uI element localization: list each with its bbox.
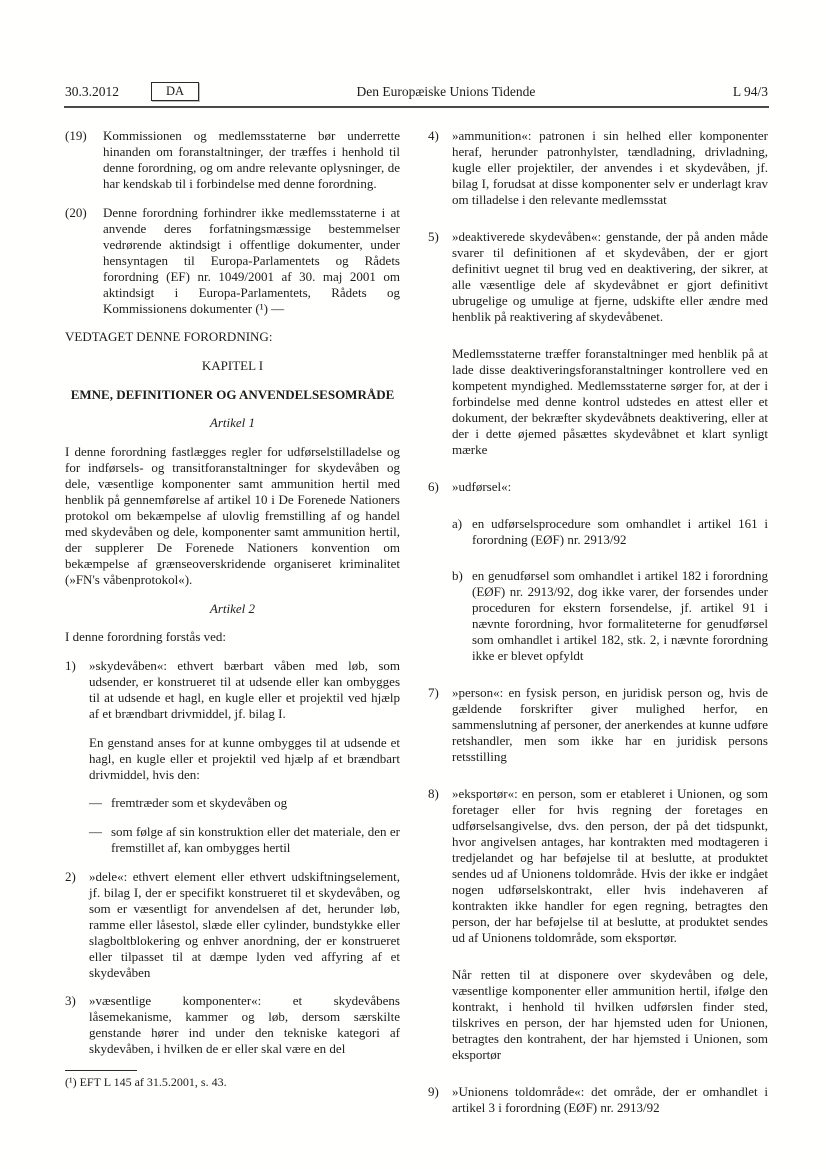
footnote-text: (¹) EFT L 145 af 31.5.2001, s. 43. xyxy=(65,1075,400,1090)
header-divider xyxy=(64,106,769,108)
footnote-divider xyxy=(65,1070,137,1071)
list-number: a) xyxy=(452,516,472,548)
list-text: »væsentlige komponenter«: et skydevåbens… xyxy=(89,993,400,1057)
list-number: 5) xyxy=(428,229,452,325)
list-text: fremtræder som et skydevåben og xyxy=(111,795,400,811)
definition-item: 6)»udførsel«: xyxy=(428,479,768,495)
page-reference: L 94/3 xyxy=(733,84,768,100)
body-paragraph: I denne forordning fastlægges regler for… xyxy=(65,444,400,588)
article-heading: Artikel 2 xyxy=(65,601,400,617)
list-number: b) xyxy=(452,568,472,664)
list-text: »skydevåben«: ethvert bærbart våben med … xyxy=(89,658,400,722)
item-continuation-paragraph: Medlemsstaterne træffer foranstaltninger… xyxy=(428,346,768,458)
definition-item: 9)»Unionens toldområde«: det område, der… xyxy=(428,1084,768,1116)
list-text: »udførsel«: xyxy=(452,479,768,495)
page-header: 30.3.2012 DA Den Europæiske Unions Tiden… xyxy=(65,82,768,101)
dash-list-item: —som følge af sin konstruktion eller det… xyxy=(65,824,400,856)
list-text: en udførselsprocedure som omhandlet i ar… xyxy=(472,516,768,548)
chapter-heading: KAPITEL I xyxy=(65,358,400,374)
list-number: 8) xyxy=(428,786,452,946)
list-number: 6) xyxy=(428,479,452,495)
list-number: 4) xyxy=(428,128,452,208)
list-text: »eksportør«: en person, som er etableret… xyxy=(452,786,768,946)
list-text: Denne forordning forhindrer ikke medlems… xyxy=(103,205,400,317)
list-text: Kommissionen og medlemsstaterne bør unde… xyxy=(103,128,400,192)
publication-date: 30.3.2012 xyxy=(65,84,119,100)
list-text: en genudførsel som omhandlet i artikel 1… xyxy=(472,568,768,664)
list-number: (20) xyxy=(65,205,103,317)
definition-item: 1)»skydevåben«: ethvert bærbart våben me… xyxy=(65,658,400,722)
item-continuation-paragraph: Når retten til at disponere over skydevå… xyxy=(428,967,768,1063)
left-column: (19)Kommissionen og medlemsstaterne bør … xyxy=(65,128,400,1090)
list-number: 9) xyxy=(428,1084,452,1116)
language-code-box: DA xyxy=(151,82,199,101)
list-text: »Unionens toldområde«: det område, der e… xyxy=(452,1084,768,1116)
dash-list-item: —fremtræder som et skydevåben og xyxy=(65,795,400,811)
body-paragraph: I denne forordning forstås ved: xyxy=(65,629,400,645)
definition-item: 7)»person«: en fysisk person, en juridis… xyxy=(428,685,768,765)
dash-marker: — xyxy=(89,824,111,856)
journal-page: 30.3.2012 DA Den Europæiske Unions Tiden… xyxy=(0,0,826,1169)
definition-item: 3)»væsentlige komponenter«: et skydevåbe… xyxy=(65,993,400,1057)
list-number: 7) xyxy=(428,685,452,765)
list-number: 1) xyxy=(65,658,89,722)
list-text: som følge af sin konstruktion eller det … xyxy=(111,824,400,856)
item-continuation-paragraph: En genstand anses for at kunne ombygges … xyxy=(65,735,400,783)
list-text: »dele«: ethvert element eller ethvert ud… xyxy=(89,869,400,981)
definition-item: 2)»dele«: ethvert element eller ethvert … xyxy=(65,869,400,981)
definition-subitem: b)en genudførsel som omhandlet i artikel… xyxy=(428,568,768,664)
list-number: 3) xyxy=(65,993,89,1057)
list-text: »person«: en fysisk person, en juridisk … xyxy=(452,685,768,765)
article-heading: Artikel 1 xyxy=(65,415,400,431)
body-paragraph: VEDTAGET DENNE FORORDNING: xyxy=(65,329,400,345)
chapter-title: EMNE, DEFINITIONER OG ANVENDELSESOMRÅDE xyxy=(65,387,400,403)
right-column: 4)»ammunition«: patronen i sin helhed el… xyxy=(428,128,768,1116)
list-text: »ammunition«: patronen i sin helhed elle… xyxy=(452,128,768,208)
list-text: »deaktiverede skydevåben«: genstande, de… xyxy=(452,229,768,325)
dash-marker: — xyxy=(89,795,111,811)
definition-item: 5)»deaktiverede skydevåben«: genstande, … xyxy=(428,229,768,325)
definition-subitem: a)en udførselsprocedure som omhandlet i … xyxy=(428,516,768,548)
definition-item: 4)»ammunition«: patronen i sin helhed el… xyxy=(428,128,768,208)
definition-item: 8)»eksportør«: en person, som er etabler… xyxy=(428,786,768,946)
recital: (19)Kommissionen og medlemsstaterne bør … xyxy=(65,128,400,192)
list-number: 2) xyxy=(65,869,89,981)
footnote: (¹) EFT L 145 af 31.5.2001, s. 43. xyxy=(65,1070,400,1090)
journal-title: Den Europæiske Unions Tidende xyxy=(199,84,733,100)
recital: (20)Denne forordning forhindrer ikke med… xyxy=(65,205,400,317)
list-number: (19) xyxy=(65,128,103,192)
